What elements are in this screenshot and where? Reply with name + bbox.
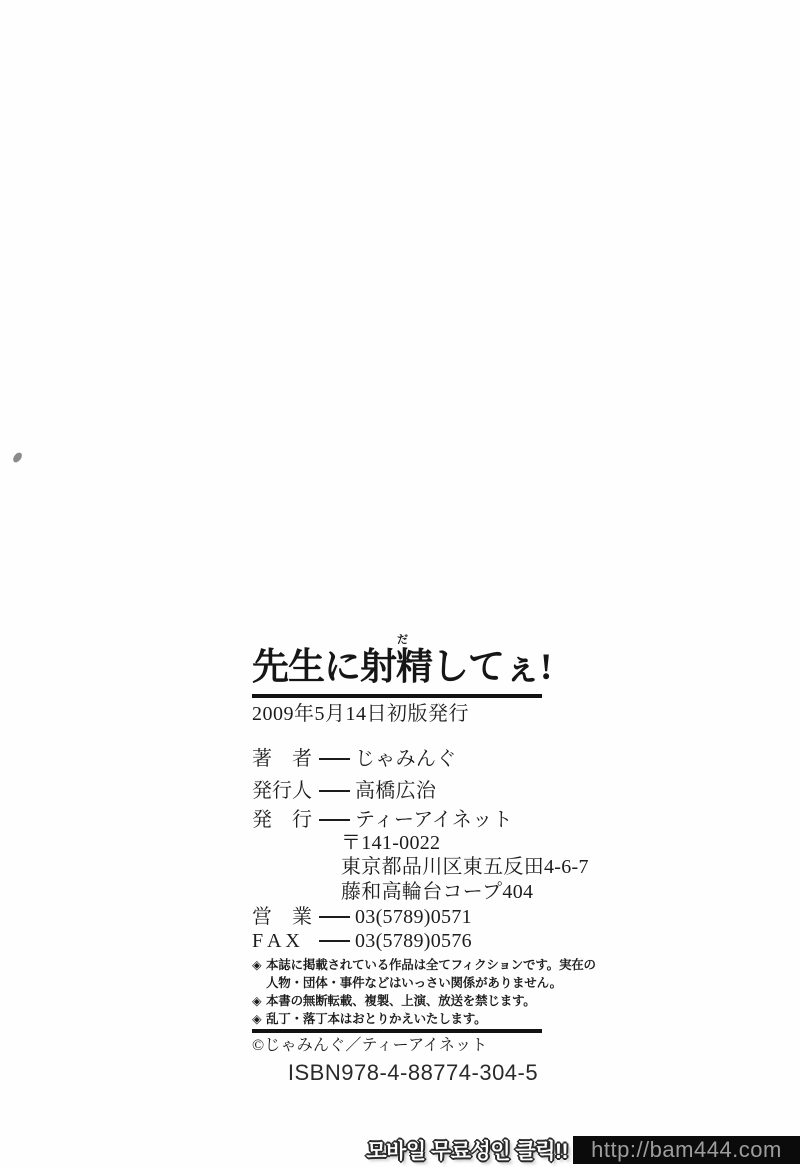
notice-line: ◈ 乱丁・落丁本はおとりかえいたします。	[252, 1010, 582, 1028]
info-label: F A X	[252, 930, 315, 952]
book-title: 先生に射だ精してぇ!	[252, 634, 552, 688]
info-value: じゃみんぐ	[355, 748, 457, 770]
title-ruby-group: だ精	[396, 648, 432, 688]
info-value: 03(5789)0571	[355, 906, 472, 928]
dash-leader	[319, 916, 350, 918]
notice-text: 本書の無断転載、複製、上演、放送を禁じます。	[266, 992, 536, 1010]
notice-text: 本誌に掲載されている作品は全てフィクションです。実在の	[266, 956, 596, 974]
notice-line: 人物・団体・事件などはいっさい関係がありません。	[252, 974, 582, 992]
info-value: 東京都品川区東五反田4-6-7	[341, 856, 589, 878]
footer-divider-rule	[252, 1029, 542, 1033]
isbn-number: ISBN978-4-88774-304-5	[252, 1061, 558, 1085]
title-pre: 先生に射	[252, 647, 396, 688]
scanned-colophon-page: 先生に射だ精してぇ! 2009年5月14日初版発行 著 者 じゃみんぐ 発行人 …	[0, 0, 800, 1167]
info-value: 藤和高輪台コープ404	[341, 881, 533, 903]
dash-leader	[319, 758, 350, 760]
dash-leader	[319, 790, 350, 792]
diamond-bullet-icon: ◈	[252, 1010, 266, 1028]
korean-ad-text: 모바일 무료성인 클릭!!	[366, 1135, 568, 1165]
info-row-publisher: 発 行 ティーアイネット	[252, 809, 552, 831]
legal-notices: ◈ 本誌に掲載されている作品は全てフィクションです。実在の 人物・団体・事件など…	[252, 956, 582, 1028]
info-row-postal-code: 〒141-0022	[252, 832, 552, 854]
edition-date: 2009年5月14日初版発行	[252, 703, 552, 725]
title-furigana: だ	[397, 635, 408, 646]
info-value: 高橋広治	[355, 780, 436, 802]
info-value: 03(5789)0576	[355, 930, 472, 952]
info-label: 営 業	[252, 906, 315, 928]
dash-leader	[319, 819, 350, 821]
title-divider-rule	[252, 694, 542, 698]
notice-line: ◈ 本書の無断転載、複製、上演、放送を禁じます。	[252, 992, 582, 1010]
scan-speck	[11, 451, 23, 464]
dash-leader	[319, 940, 350, 942]
watermark-url: http://bam444.com	[573, 1136, 800, 1164]
publication-info: 著 者 じゃみんぐ 発行人 高橋広治 発 行 ティーアイネット 〒141-002…	[252, 748, 552, 952]
notice-indent	[252, 974, 266, 992]
info-value: ティーアイネット	[355, 809, 513, 831]
diamond-bullet-icon: ◈	[252, 956, 266, 974]
title-ruby-base: 精	[396, 647, 432, 688]
info-label: 発行人	[252, 780, 315, 802]
colophon-block: 先生に射だ精してぇ! 2009年5月14日初版発行 著 者 じゃみんぐ 発行人 …	[252, 634, 552, 1085]
notice-line: ◈ 本誌に掲載されている作品は全てフィクションです。実在の	[252, 956, 582, 974]
copyright-notice: ©じゃみんぐ／ティーアイネット	[252, 1037, 552, 1054]
info-row-publisher-person: 発行人 高橋広治	[252, 780, 552, 802]
diamond-bullet-icon: ◈	[252, 992, 266, 1010]
info-row-fax: F A X 03(5789)0576	[252, 930, 552, 952]
notice-text: 人物・団体・事件などはいっさい関係がありません。	[266, 974, 562, 992]
watermark-bar: 모바일 무료성인 클릭!! http://bam444.com	[366, 1135, 800, 1165]
info-row-address-2: 藤和高輪台コープ404	[252, 881, 552, 903]
notice-text: 乱丁・落丁本はおとりかえいたします。	[266, 1010, 486, 1028]
info-label: 著 者	[252, 748, 315, 770]
info-row-sales-phone: 営 業 03(5789)0571	[252, 906, 552, 928]
info-value: 〒141-0022	[341, 832, 440, 854]
info-label: 発 行	[252, 809, 315, 831]
info-row-author: 著 者 じゃみんぐ	[252, 748, 552, 770]
title-post: してぇ!	[432, 647, 551, 688]
info-row-address-1: 東京都品川区東五反田4-6-7	[252, 856, 552, 878]
